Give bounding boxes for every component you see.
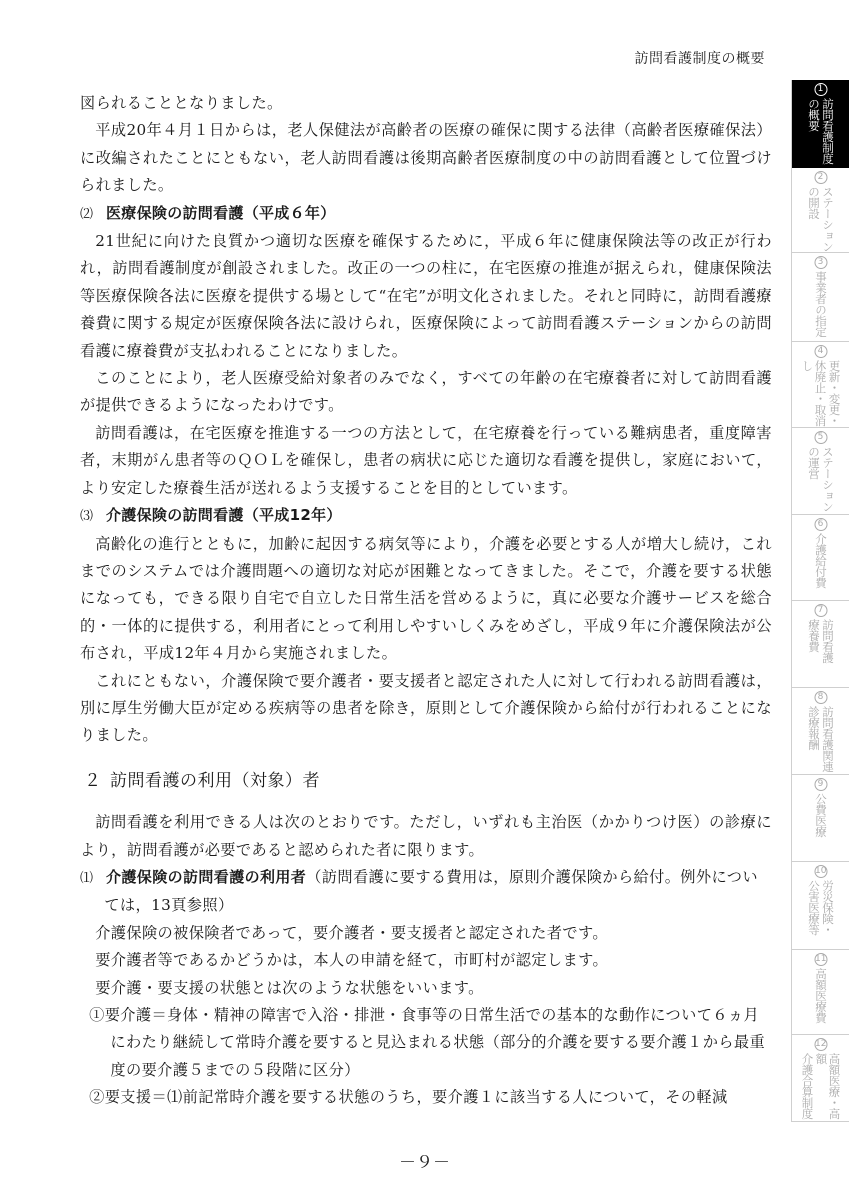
chapter-tab-11[interactable]: 11高額医療費 xyxy=(792,950,849,1035)
chapter-tab-label: ステーション xyxy=(821,186,834,252)
chapter-tab-6[interactable]: 6介護給付費 xyxy=(792,515,849,601)
chapter-tab-label: 休廃止・取消し xyxy=(801,360,827,427)
chapter-tab-label: 介護給付費 xyxy=(814,533,827,600)
section-number: ２ xyxy=(80,768,110,795)
chapter-number-badge: 12 xyxy=(814,1038,827,1051)
chapter-tab-label: 訪問看護関連 xyxy=(821,706,834,774)
chapter-tab-label: 訪問看護制度 xyxy=(821,98,834,167)
paragraph: 介護保険の被保険者であって，要介護者・要支援者と認定された者です。 xyxy=(80,920,772,947)
chapter-number-badge: 8 xyxy=(814,691,827,704)
chapter-tab-10[interactable]: 10労災保険・公害医療等 xyxy=(792,862,849,950)
paragraph: 平成20年４月１日からは，老人保健法が高齢者の医療の確保に関する法律（高齢者医療… xyxy=(80,117,772,199)
chapter-number-badge: 5 xyxy=(814,431,827,444)
paragraph: 要介護者等であるかどうかは，本人の申請を経て，市町村が認定します。 xyxy=(80,947,772,974)
chapter-number-badge: 10 xyxy=(814,865,827,878)
subheading-number: ⑵ xyxy=(80,201,106,228)
subheading-number: ⑶ xyxy=(80,503,106,530)
paragraph: このことにより，老人医療受給対象者のみでなく，すべての年齢の在宅療養者に対して訪… xyxy=(80,365,772,420)
chapter-tab-label: 更新・変更・ xyxy=(828,360,841,427)
paragraph: 高齢化の進行とともに，加齢に起因する病気等により，介護を必要とする人が増大し続け… xyxy=(80,531,772,668)
chapter-tab-7[interactable]: 7訪問看護療養費 xyxy=(792,601,849,688)
chapter-tab-label: 公費医療 xyxy=(814,793,827,861)
subheading-number: ⑴ xyxy=(80,865,106,892)
section-title: 訪問看護の利用（対象）者 xyxy=(110,771,320,791)
chapter-number-badge: 11 xyxy=(814,953,827,966)
chapter-tab-label: 診療報酬 xyxy=(807,706,820,774)
list-item-support-required: ②要支援＝⑴前記常時介護を要する状態のうち，要介護１に該当する人について，その軽… xyxy=(80,1084,772,1111)
subheading-care-users: ⑴介護保険の訪問看護の利用者（訪問看護に要する費用は，原則介護保険から給付。例外… xyxy=(80,864,772,920)
chapter-tab-label: 高額医療・高額 xyxy=(815,1053,841,1121)
running-header-title: 訪問看護制度の概要 xyxy=(635,48,766,68)
list-item-care-required: ①要介護＝身体・精神の障害で入浴・排泄・食事等の日常生活での基本的な動作について… xyxy=(80,1002,772,1084)
chapter-number-badge: 7 xyxy=(814,604,827,617)
chapter-index-tabs: 1訪問看護制度の概要2ステーションの開設3事業者の指定4更新・変更・休廃止・取消… xyxy=(791,80,849,1122)
chapter-tab-label: 高額医療費 xyxy=(814,968,827,1034)
chapter-tab-label: 訪問看護 xyxy=(821,619,834,687)
chapter-tab-label: の開設 xyxy=(807,186,820,252)
chapter-tab-5[interactable]: 5ステーションの運営 xyxy=(792,428,849,515)
subheading-care-insurance: ⑶介護保険の訪問看護（平成12年） xyxy=(80,502,772,530)
chapter-number-badge: 3 xyxy=(814,256,827,269)
chapter-tab-label: ステーション xyxy=(821,446,834,514)
chapter-number-badge: 1 xyxy=(814,83,827,96)
paragraph: 訪問看護は，在宅医療を推進する一つの方法として，在宅療養を行っている難病患者，重… xyxy=(80,420,772,502)
chapter-tab-label: 療養費 xyxy=(807,619,820,687)
subheading-title: 介護保険の訪問看護の利用者 xyxy=(106,868,306,886)
paragraph: 図られることとなりました。 xyxy=(80,90,772,117)
chapter-tab-12[interactable]: 12高額医療・高額介護合算制度 xyxy=(792,1035,849,1122)
page-number: －９－ xyxy=(0,1148,849,1173)
chapter-number-badge: 6 xyxy=(814,518,827,531)
chapter-tab-label: 事業者の指定 xyxy=(814,271,827,341)
chapter-tab-3[interactable]: 3事業者の指定 xyxy=(792,253,849,342)
paragraph: これにともない，介護保険で要介護者・要支援者と認定された人に対して行われる訪問看… xyxy=(80,668,772,750)
chapter-tab-2[interactable]: 2ステーションの開設 xyxy=(792,168,849,253)
chapter-tab-9[interactable]: 9公費医療 xyxy=(792,775,849,862)
chapter-tab-4[interactable]: 4更新・変更・休廃止・取消し xyxy=(792,342,849,428)
chapter-tab-label: 介護合算制度 xyxy=(801,1053,814,1121)
subheading-title: 医療保険の訪問看護（平成６年） xyxy=(106,204,336,222)
paragraph: 要介護・要支援の状態とは次のような状態をいいます。 xyxy=(80,975,772,1002)
paragraph: 21世紀に向けた良質かつ適切な医療を確保するために，平成６年に健康保険法等の改正… xyxy=(80,228,772,365)
page-body: 図られることとなりました。 平成20年４月１日からは，老人保健法が高齢者の医療の… xyxy=(80,90,772,1112)
chapter-number-badge: 2 xyxy=(814,171,827,184)
chapter-tab-label: の概要 xyxy=(807,98,820,167)
paragraph: 訪問看護を利用できる人は次のとおりです。ただし，いずれも主治医（かかりつけ医）の… xyxy=(80,809,772,864)
chapter-tab-label: の運営 xyxy=(807,446,820,514)
chapter-number-badge: 9 xyxy=(814,778,827,791)
subheading-title: 介護保険の訪問看護（平成12年） xyxy=(106,506,342,524)
chapter-tab-label: 労災保険・ xyxy=(821,880,834,949)
section-heading-users: ２訪問看護の利用（対象）者 xyxy=(80,768,772,795)
chapter-number-badge: 4 xyxy=(814,345,827,358)
chapter-tab-label: 公害医療等 xyxy=(807,880,820,949)
subheading-medical-insurance: ⑵医療保険の訪問看護（平成６年） xyxy=(80,200,772,228)
chapter-tab-8[interactable]: 8訪問看護関連診療報酬 xyxy=(792,688,849,775)
chapter-tab-1[interactable]: 1訪問看護制度の概要 xyxy=(792,80,849,168)
